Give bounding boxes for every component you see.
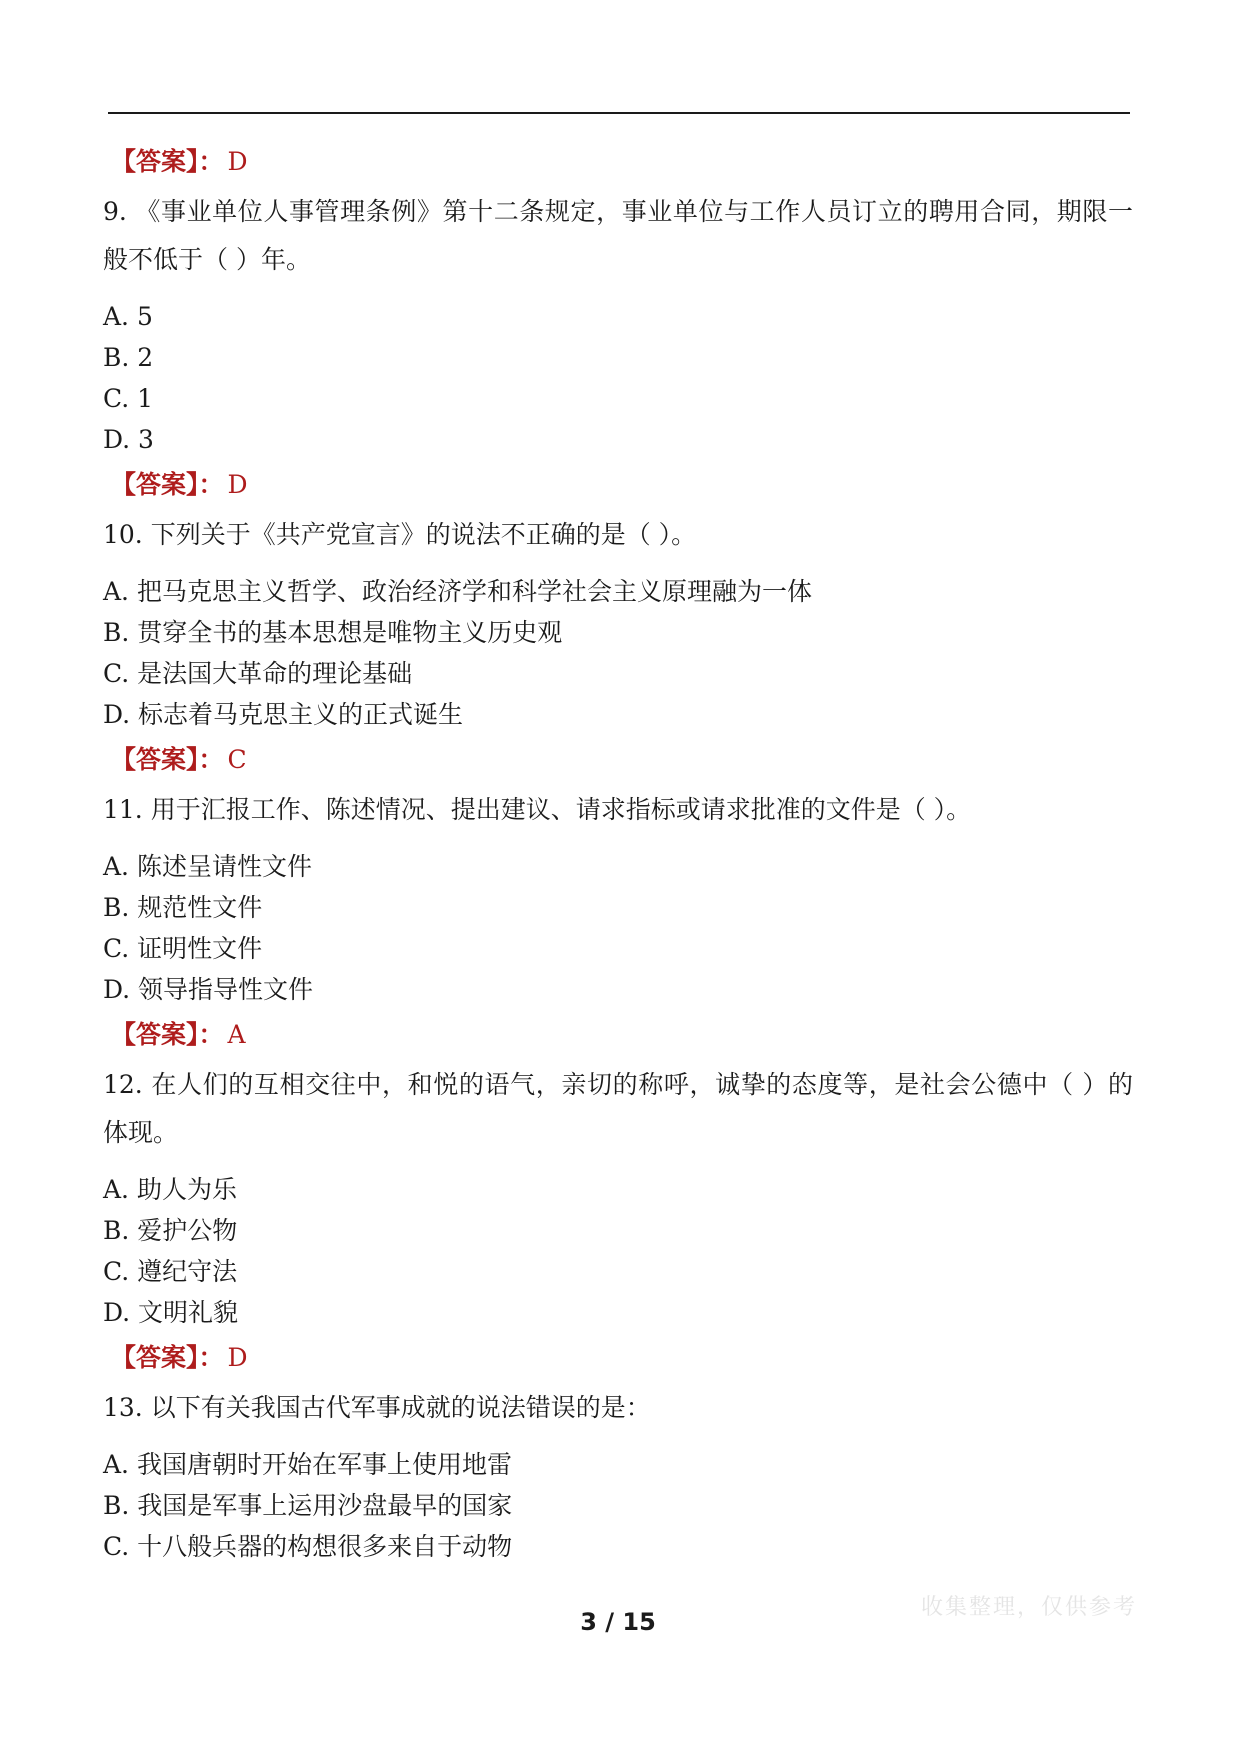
header-rule: [108, 112, 1130, 114]
option: A. 陈述呈请性文件: [103, 846, 1133, 887]
answer-line: 【答案】：D: [103, 1334, 1133, 1382]
option: D. 标志着马克思主义的正式诞生: [103, 694, 1133, 735]
option: C. 遵纪守法: [103, 1251, 1133, 1292]
option-list: A. 我国唐朝时开始在军事上使用地雷B. 我国是军事上运用沙盘最早的国家C. 十…: [103, 1444, 1133, 1567]
question-block: 9. 《事业单位人事管理条例》第十二条规定，事业单位与工作人员订立的聘用合同，期…: [103, 188, 1133, 509]
answer-label: 【答案】：: [111, 1020, 224, 1049]
question-block: 11. 用于汇报工作、陈述情况、提出建议、请求指标或请求批准的文件是（ ）。 A…: [103, 786, 1133, 1059]
answer-value: D: [228, 470, 248, 499]
answer-value: C: [228, 745, 247, 774]
answer-label: 【答案】：: [111, 470, 224, 499]
option: B. 2: [103, 337, 1133, 378]
option-list: A. 5B. 2C. 1D. 3: [103, 296, 1133, 460]
option: D. 文明礼貌: [103, 1292, 1133, 1333]
option: B. 我国是军事上运用沙盘最早的国家: [103, 1485, 1133, 1526]
option: D. 3: [103, 419, 1133, 460]
answer-label: 【答案】：: [111, 1343, 224, 1372]
answer-line: 【答案】：A: [103, 1011, 1133, 1059]
option: A. 助人为乐: [103, 1169, 1133, 1210]
answer-value: D: [228, 147, 248, 176]
option: B. 规范性文件: [103, 887, 1133, 928]
watermark-text: 收集整理，仅供参考: [921, 1590, 1137, 1621]
answer-line: 【答案】：C: [103, 736, 1133, 784]
option: B. 贯穿全书的基本思想是唯物主义历史观: [103, 612, 1133, 653]
option: C. 1: [103, 378, 1133, 419]
option: C. 证明性文件: [103, 928, 1133, 969]
answer-label: 【答案】：: [111, 147, 224, 176]
question-stem: 9. 《事业单位人事管理条例》第十二条规定，事业单位与工作人员订立的聘用合同，期…: [103, 188, 1133, 284]
option-list: A. 陈述呈请性文件B. 规范性文件C. 证明性文件D. 领导指导性文件: [103, 846, 1133, 1010]
option: C. 是法国大革命的理论基础: [103, 653, 1133, 694]
option: B. 爱护公物: [103, 1210, 1133, 1251]
option-list: A. 把马克思主义哲学、政治经济学和科学社会主义原理融为一体B. 贯穿全书的基本…: [103, 571, 1133, 735]
option: C. 十八般兵器的构想很多来自于动物: [103, 1526, 1133, 1567]
option-list: A. 助人为乐B. 爱护公物C. 遵纪守法D. 文明礼貌: [103, 1169, 1133, 1333]
option: A. 5: [103, 296, 1133, 337]
option: A. 把马克思主义哲学、政治经济学和科学社会主义原理融为一体: [103, 571, 1133, 612]
answer-value: D: [228, 1343, 248, 1372]
question-block: 12. 在人们的互相交往中，和悦的语气，亲切的称呼，诚挚的态度等，是社会公德中（…: [103, 1061, 1133, 1382]
question-stem: 13. 以下有关我国古代军事成就的说法错误的是：: [103, 1384, 1133, 1432]
option: A. 我国唐朝时开始在军事上使用地雷: [103, 1444, 1133, 1485]
leading-answer-line: 【答案】：D: [103, 138, 1133, 186]
questions: 9. 《事业单位人事管理条例》第十二条规定，事业单位与工作人员订立的聘用合同，期…: [103, 188, 1133, 1567]
question-stem: 11. 用于汇报工作、陈述情况、提出建议、请求指标或请求批准的文件是（ ）。: [103, 786, 1133, 834]
question-block: 10. 下列关于《共产党宣言》的说法不正确的是（ ）。 A. 把马克思主义哲学、…: [103, 511, 1133, 784]
question-stem: 12. 在人们的互相交往中，和悦的语气，亲切的称呼，诚挚的态度等，是社会公德中（…: [103, 1061, 1133, 1157]
question-stem: 10. 下列关于《共产党宣言》的说法不正确的是（ ）。: [103, 511, 1133, 559]
option: D. 领导指导性文件: [103, 969, 1133, 1010]
answer-label: 【答案】：: [111, 745, 224, 774]
answer-line: 【答案】：D: [103, 461, 1133, 509]
answer-value: A: [228, 1020, 246, 1049]
exam-document-page: 【答案】：D 9. 《事业单位人事管理条例》第十二条规定，事业单位与工作人员订立…: [0, 0, 1240, 1753]
question-block: 13. 以下有关我国古代军事成就的说法错误的是： A. 我国唐朝时开始在军事上使…: [103, 1384, 1133, 1567]
